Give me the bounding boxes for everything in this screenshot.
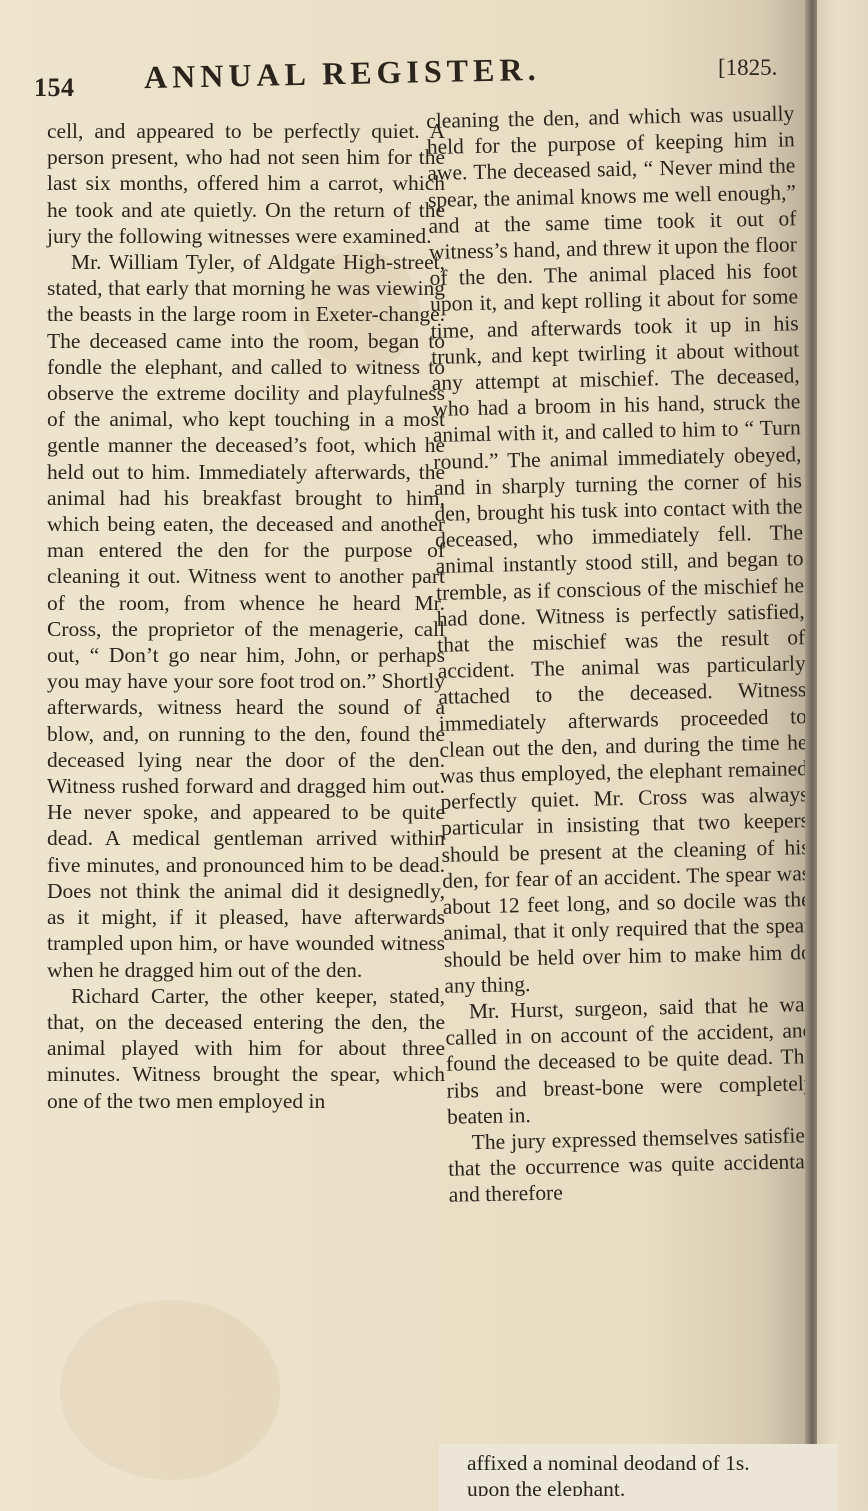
snippet-line: affixed a nominal deodand of 1s. [467, 1450, 807, 1476]
right-column: cleaning the den, and which was usually … [426, 100, 817, 1208]
paragraph: The jury expressed themselves satisfied … [447, 1122, 817, 1208]
snippet-line-cropped: upon the elephant. [467, 1476, 807, 1496]
book-page: 154 ANNUAL REGISTER. [1825. cell, and ap… [0, 0, 812, 1511]
paragraph: Richard Carter, the other keeper, stated… [47, 983, 445, 1114]
paragraph: cell, and appeared to be perfectly quiet… [47, 118, 445, 249]
paragraph: cleaning the den, and which was usually … [426, 100, 813, 998]
paragraph: Mr. Hurst, surgeon, said that he was cal… [445, 991, 816, 1130]
left-column: cell, and appeared to be perfectly quiet… [47, 118, 445, 1114]
pasted-text-snippet: affixed a nominal deodand of 1s. upon th… [439, 1444, 837, 1511]
running-title: ANNUAL REGISTER. [144, 51, 541, 96]
paper-stain [60, 1300, 280, 1480]
paragraph: Mr. William Tyler, of Aldgate High-stree… [47, 249, 445, 983]
year-marker: [1825. [718, 55, 777, 81]
gutter-shadow [805, 0, 817, 1511]
page-header: 154 ANNUAL REGISTER. [1825. [34, 55, 794, 105]
adjacent-page-edge [817, 0, 868, 1511]
page-number: 154 [34, 73, 75, 103]
